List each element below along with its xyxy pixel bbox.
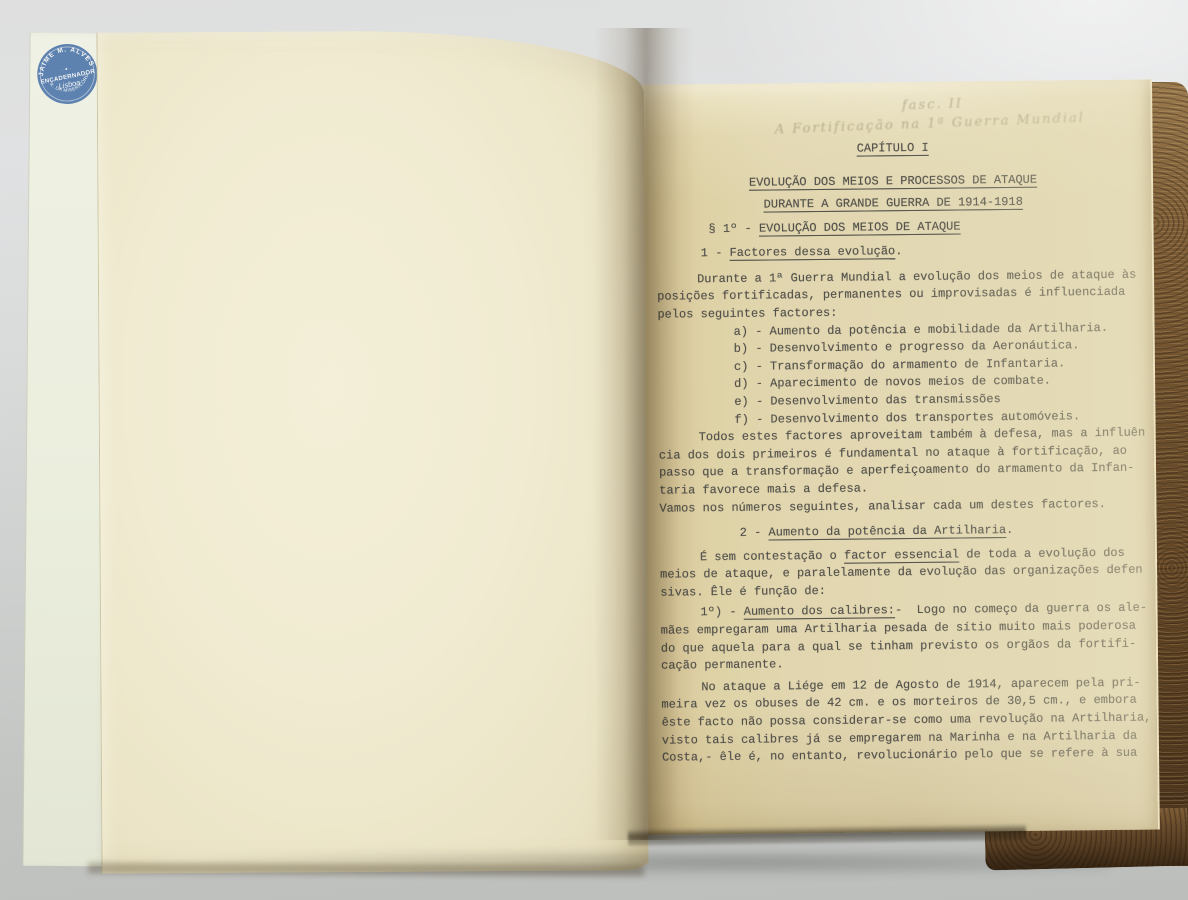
photo-backdrop: JAIME M. ALVES · ✦ · ENCADERNADOR Lisboa… <box>0 0 1188 900</box>
binder-stamp-graphic: JAIME M. ALVES · ✦ · ENCADERNADOR Lisboa… <box>30 36 105 111</box>
subsection1-heading: 1 - Factores dessa evolução. <box>657 241 1157 264</box>
book-floor-shadow <box>170 852 1110 878</box>
paragraph-3: É sem contestação o factor essencial de … <box>660 544 1161 602</box>
typewritten-text: CAPÍTULO I EVOLUÇÃO DOS MEIOS E PROCESSO… <box>656 137 1163 767</box>
paragraph-5: No ataque a Liége em 12 de Agosto de 191… <box>661 674 1162 767</box>
binder-stamp: JAIME M. ALVES · ✦ · ENCADERNADOR Lisboa… <box>30 36 105 111</box>
factors-list: a) - Aumento da potência e mobilidade da… <box>658 319 1159 430</box>
typewritten-page: fasc. II A Fortificação na 1ª Guerra Mun… <box>626 79 1160 834</box>
section2-heading: 2 - Aumento da potência da Artilharia. <box>660 521 1160 544</box>
chapter-heading: CAPÍTULO I <box>656 137 1156 160</box>
left-blank-page <box>96 29 648 873</box>
chapter-title-line2: DURANTE A GRANDE GUERRA DE 1914-1918 <box>656 189 1156 216</box>
book-gutter-shadow <box>594 28 694 840</box>
paragraph-2: Todos estes factores aproveitam também à… <box>659 425 1160 518</box>
paragraph-4: 1º) - Aumento dos calibres:- Logo no com… <box>660 600 1161 676</box>
paragraph-1: Durante a 1ª Guerra Mundial a evolução d… <box>657 266 1158 324</box>
handwritten-pencil-note: fasc. II A Fortificação na 1ª Guerra Mun… <box>774 88 1135 140</box>
section1-heading: § 1º - EVOLUÇÃO DOS MEIOS DE ATAQUE <box>656 216 1156 239</box>
